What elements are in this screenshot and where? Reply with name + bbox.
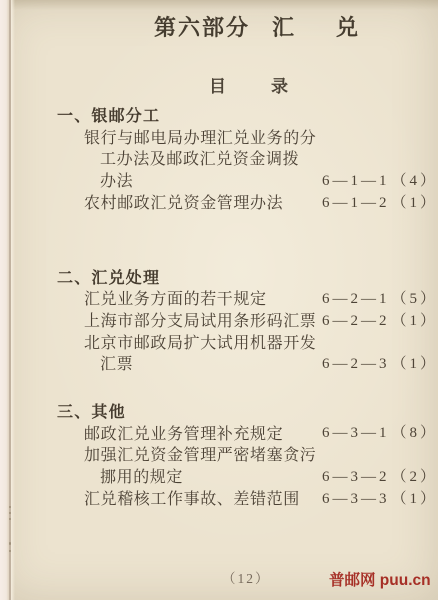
entry-ref: 6—3—1（8） bbox=[322, 423, 438, 443]
entry-page-count: （5） bbox=[392, 291, 438, 307]
toc-heading-part: 录 bbox=[271, 72, 288, 97]
page-title: 第六部分 汇 兑 bbox=[154, 11, 360, 42]
entry-ref: 6—1—2（1） bbox=[322, 193, 438, 213]
entry-page-count: （1） bbox=[392, 356, 438, 372]
entry-ref: 6—2—3（1） bbox=[322, 354, 438, 374]
entry-page-count: （1） bbox=[392, 195, 438, 211]
entry-line: 银行与邮电局办理汇兑业务的分 bbox=[84, 128, 438, 150]
page-title-part: 第六部分 bbox=[154, 11, 250, 42]
page-number: （12） bbox=[222, 567, 271, 587]
toc-section: 三、其他邮政汇兑业务管理补充规定6—3—1（8）加强汇兑资金管理严密堵塞贪污挪用… bbox=[0, 402, 438, 511]
toc-sections: 一、银邮分工银行与邮电局办理汇兑业务的分工办法及邮政汇兑资金调拨办法6—1—1（… bbox=[0, 106, 438, 511]
entry-ref: 6—3—2（2） bbox=[322, 467, 438, 487]
watermark: 普邮网 puu.cn bbox=[329, 568, 431, 590]
toc-section: 二、汇兑处理汇兑业务方面的若干规定6—2—1（5）上海市部分支局试用条形码汇票6… bbox=[0, 268, 438, 377]
section-heading: 一、银邮分工 bbox=[0, 106, 438, 128]
toc-heading: 目 录 bbox=[209, 72, 288, 97]
entry-ref: 6—2—1（5） bbox=[322, 289, 438, 309]
entry-line: 北京市邮政局扩大试用机器开发 bbox=[84, 333, 438, 355]
toc-entry: 农村邮政汇兑资金管理办法6—1—2（1） bbox=[0, 193, 438, 215]
entry-ref-number: 6—2—3 bbox=[322, 356, 390, 372]
toc-entry: 上海市部分支局试用条形码汇票6—2—2（1） bbox=[0, 311, 438, 333]
entry-line: 工办法及邮政汇兑资金调拨 bbox=[84, 149, 438, 171]
toc-entry: 汇兑稽核工作事故、差错范围6—3—3（1） bbox=[0, 489, 438, 511]
section-heading: 二、汇兑处理 bbox=[0, 268, 438, 290]
section-heading: 三、其他 bbox=[0, 402, 438, 424]
entry-line: 加强汇兑资金管理严密堵塞贪污 bbox=[84, 445, 438, 467]
entry-ref: 6—3—3（1） bbox=[322, 489, 438, 509]
toc-entry: 银行与邮电局办理汇兑业务的分工办法及邮政汇兑资金调拨办法6—1—1（4） bbox=[0, 128, 438, 193]
entry-ref: 6—2—2（1） bbox=[322, 311, 438, 331]
entry-page-count: （1） bbox=[392, 313, 438, 329]
page-title-part: 汇 bbox=[272, 11, 296, 42]
entry-ref-number: 6—3—3 bbox=[322, 491, 390, 507]
scan-artifact-marks bbox=[9, 504, 13, 564]
entry-ref-number: 6—1—1 bbox=[322, 173, 390, 189]
document-page: 第六部分 汇 兑 目 录 一、银邮分工银行与邮电局办理汇兑业务的分工办法及邮政汇… bbox=[0, 0, 438, 600]
entry-page-count: （4） bbox=[392, 173, 438, 189]
entry-ref-number: 6—2—1 bbox=[322, 291, 390, 307]
toc-entry: 加强汇兑资金管理严密堵塞贪污挪用的规定6—3—2（2） bbox=[0, 445, 438, 488]
entry-ref-number: 6—3—2 bbox=[322, 469, 390, 485]
toc-entry: 北京市邮政局扩大试用机器开发汇票6—2—3（1） bbox=[0, 333, 438, 376]
toc-heading-part: 目 bbox=[209, 72, 226, 97]
entry-ref-number: 6—1—2 bbox=[322, 195, 390, 211]
entry-page-count: （2） bbox=[392, 469, 438, 485]
page-title-part: 兑 bbox=[336, 11, 360, 42]
entry-ref-number: 6—3—1 bbox=[322, 425, 390, 441]
toc-section: 一、银邮分工银行与邮电局办理汇兑业务的分工办法及邮政汇兑资金调拨办法6—1—1（… bbox=[0, 106, 438, 215]
entry-ref-number: 6—2—2 bbox=[322, 313, 390, 329]
toc-entry: 汇兑业务方面的若干规定6—2—1（5） bbox=[0, 289, 438, 311]
entry-ref: 6—1—1（4） bbox=[322, 171, 438, 191]
toc-entry: 邮政汇兑业务管理补充规定6—3—1（8） bbox=[0, 424, 438, 446]
entry-page-count: （8） bbox=[392, 425, 438, 441]
entry-page-count: （1） bbox=[392, 491, 438, 507]
